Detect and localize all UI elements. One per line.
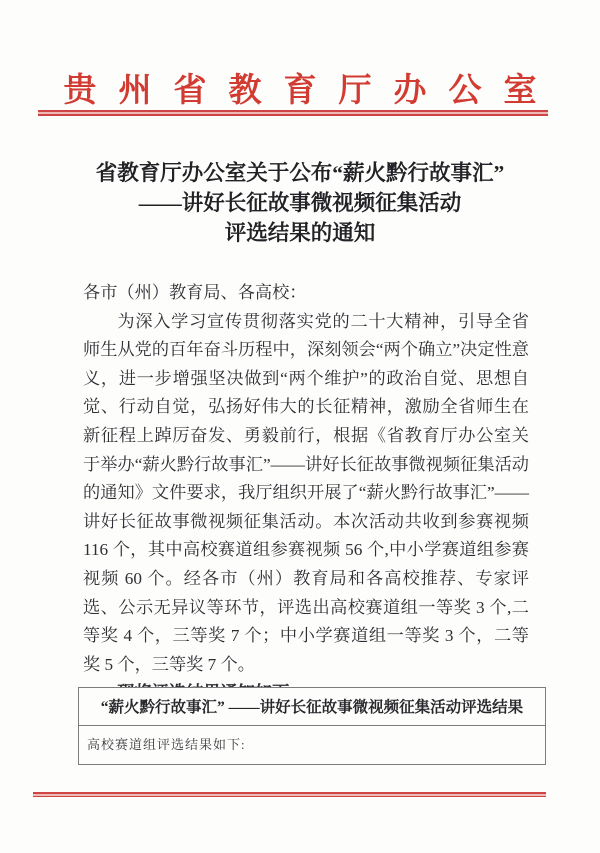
document-title-line-2: ——讲好长征故事微视频征集活动 [0, 188, 600, 218]
document-title-line-3: 评选结果的通知 [0, 218, 600, 248]
letterhead-agency-name: 贵州省教育厅办公室 [0, 64, 600, 111]
results-table-row-cell: 高校赛道组评选结果如下: [79, 726, 546, 765]
salutation-line: 各市（州）教育局、各高校： [83, 279, 529, 308]
results-table-header-cell: “薪火黔行故事汇” ——讲好长征故事微视频征集活动评选结果 [79, 688, 546, 726]
main-paragraph: 为深入学习宣传贯彻落实党的二十大精神，引导全省师生从党的百年奋斗历程中，深刻领会… [83, 308, 529, 680]
letterhead-divider-line [38, 110, 548, 116]
document-title: 省教育厅办公室关于公布“薪火黔行故事汇” ——讲好长征故事微视频征集活动 评选结… [0, 158, 600, 248]
results-table-row: 高校赛道组评选结果如下: [79, 726, 546, 765]
results-table-header-row: “薪火黔行故事汇” ——讲好长征故事微视频征集活动评选结果 [79, 688, 546, 726]
document-title-line-1: 省教育厅办公室关于公布“薪火黔行故事汇” [0, 158, 600, 188]
results-table: “薪火黔行故事汇” ——讲好长征故事微视频征集活动评选结果 高校赛道组评选结果如… [78, 687, 546, 765]
document-page: 贵州省教育厅办公室 省教育厅办公室关于公布“薪火黔行故事汇” ——讲好长征故事微… [0, 0, 600, 853]
document-body: 各市（州）教育局、各高校： 为深入学习宣传贯彻落实党的二十大精神，引导全省师生从… [83, 279, 529, 708]
footer-divider-line [33, 792, 546, 797]
